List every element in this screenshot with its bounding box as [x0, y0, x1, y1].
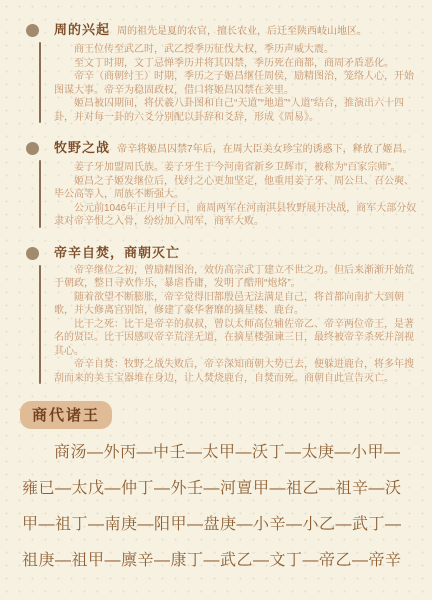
section-title: 周的兴起	[54, 22, 110, 37]
shang-kings-section: 商代诸王 商汤—外丙—中壬—太甲—沃丁—太庚—小甲—雍已—太戊—仲丁—外壬—河亶…	[14, 401, 418, 579]
bullet-dot-icon	[26, 24, 39, 37]
paragraph: 公元前1046年正月甲子日，商周两军在河南淇县牧野展开决战，商军大部分奴隶对帝辛…	[54, 202, 418, 229]
section-paragraphs: 帝辛继位之初，曾励精图治，效仿高宗武丁建立不世之功。但后来渐渐开始荒于朝政，整日…	[54, 264, 418, 386]
section-title-line: 帝辛自焚，商朝灭亡	[54, 245, 418, 261]
paragraph: 姬昌被囚期间，将伏羲八卦图和自己“天道”“地道”“人道”结合，推演出六十四卦，并…	[54, 97, 418, 124]
paragraph: 帝辛继位之初，曾励精图治，效仿高宗武丁建立不世之功。但后来渐渐开始荒于朝政，整日…	[54, 264, 418, 291]
section-paragraphs: 商王位传至武乙时，武乙授季历征伐大权，季历声威大震。 至文丁时期，文丁忌惮季历并…	[54, 43, 418, 124]
kings-lineage-list: 商汤—外丙—中壬—太甲—沃丁—太庚—小甲—雍已—太戊—仲丁—外壬—河亶甲—祖乙—…	[22, 435, 410, 579]
bullet-dot-icon	[26, 142, 39, 155]
timeline-line	[39, 265, 41, 385]
paragraph: 至文丁时期，文丁忌惮季历并将其囚禁，季历死在商都，商周矛盾恶化。	[54, 57, 418, 71]
paragraph: 商王位传至武乙时，武乙授季历征伐大权，季历声威大震。	[54, 43, 418, 57]
section-intro: 帝辛将姬昌囚禁7年后，在周大臣美女珍宝的诱惑下，释放了姬昌。	[117, 144, 413, 155]
section-paragraphs: 姜子牙加盟周氏族。姜子牙生于今河南省新乡卫辉市，被称为“百家宗师”。 姬昌之子姬…	[54, 161, 418, 229]
section-zhou-rise: 周的兴起周的祖先是夏的农官，擅长农业，后迁至陕西岐山地区。 商王位传至武乙时，武…	[14, 22, 418, 124]
section-intro: 周的祖先是夏的农官，擅长农业，后迁至陕西岐山地区。	[117, 26, 367, 37]
paragraph: 随着欲望不断膨胀，帝辛觉得旧都殷邑无法满足自己，将首都向南扩大到朝歌，并大修离宫…	[54, 291, 418, 318]
note-page[interactable]: 周的兴起周的祖先是夏的农官，擅长农业，后迁至陕西岐山地区。 商王位传至武乙时，武…	[0, 0, 432, 600]
section-muye-battle: 牧野之战帝辛将姬昌囚禁7年后，在周大臣美女珍宝的诱惑下，释放了姬昌。 姜子牙加盟…	[14, 140, 418, 229]
section-title-line: 周的兴起周的祖先是夏的农官，擅长农业，后迁至陕西岐山地区。	[54, 22, 418, 40]
timeline-line	[39, 42, 41, 123]
section-title-line: 牧野之战帝辛将姬昌囚禁7年后，在周大臣美女珍宝的诱惑下，释放了姬昌。	[54, 140, 418, 158]
section-title: 牧野之战	[54, 140, 110, 155]
bullet-dot-icon	[26, 247, 39, 260]
paragraph: 姜子牙加盟周氏族。姜子牙生于今河南省新乡卫辉市，被称为“百家宗师”。	[54, 161, 418, 175]
section-title: 帝辛自焚，商朝灭亡	[54, 245, 180, 260]
paragraph: 比干之死：比干是帝辛的叔叔，曾以太师高位辅佐帝乙、帝辛两位帝王，是著名的贤臣。比…	[54, 318, 418, 359]
paragraph: 帝辛自焚：牧野之战失败后，帝辛深知商朝大势已去，便躲进鹿台，将多年搜刮而来的美玉…	[54, 358, 418, 385]
section-dixin-self-immolation: 帝辛自焚，商朝灭亡 帝辛继位之初，曾励精图治，效仿高宗武丁建立不世之功。但后来渐…	[14, 245, 418, 386]
paragraph: 帝辛（商朝纣王）时期，季历之子姬昌继任周侯，励精图治，笼络人心，开始图谋大事。帝…	[54, 70, 418, 97]
paragraph: 姬昌之子姬发继位后，伐纣之心更加坚定，他重用姜子牙、周公旦、召公奭、毕公高等人，…	[54, 175, 418, 202]
timeline-line	[39, 160, 41, 228]
kings-heading-badge: 商代诸王	[20, 401, 112, 429]
